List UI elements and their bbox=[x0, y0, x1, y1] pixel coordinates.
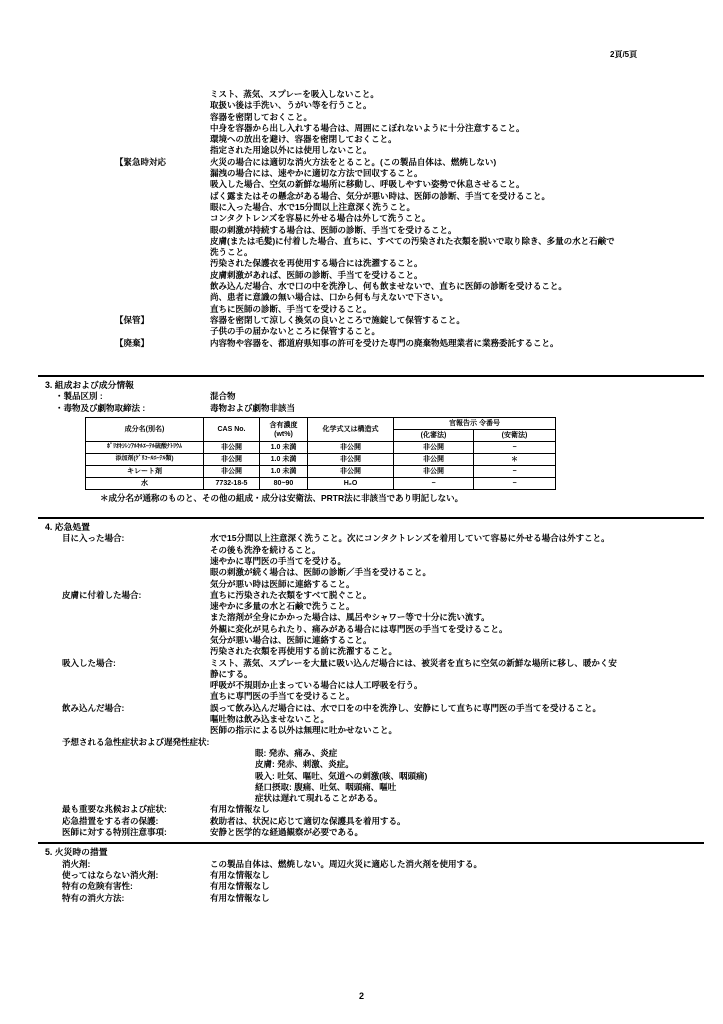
emergency-line: 洗うこと。 bbox=[210, 247, 615, 258]
storage-block: 【保管】 容器を密閉して涼しく換気の良いところで施錠して保管すること。子供の手の… bbox=[0, 315, 723, 338]
symptom-line: 吸入: 吐気、嘔吐、気道への刺激(咳、咽頭痛) bbox=[255, 771, 723, 782]
first-aid-line: 速やかに多量の水と石鹸で洗うこと。 bbox=[210, 601, 508, 612]
table-row: 添加剤(ｸﾞﾘｺｰﾙｴｰﾃﾙ類) 非公開 1.0 未満 非公開 非公開 ＊ bbox=[86, 454, 556, 466]
composition-heading: 3. 組成および成分情報 bbox=[45, 379, 723, 392]
first-aid-skin-lines: 直ちに汚染された衣類をすべて脱ぐこと。速やかに多量の水と石鹸で洗うこと。また溶剤… bbox=[210, 590, 508, 658]
cell-concentration: 1.0 未満 bbox=[260, 454, 308, 466]
disposal-line: 内容物や容器を、都道府県知事の許可を受けた専門の廃棄物処理業者に業務委託すること… bbox=[210, 338, 559, 349]
cell-formula: 非公開 bbox=[308, 442, 394, 454]
first-aid-line: 直ちに汚染された衣類をすべて脱ぐこと。 bbox=[210, 590, 508, 601]
first-aid-line: ミスト、蒸気、スプレーを大量に吸い込んだ場合には、被災者を直ちに空気の新鮮な場所… bbox=[210, 658, 617, 669]
unsuitable-media-row: 使ってはならない消火剤: 有用な情報なし bbox=[0, 870, 723, 881]
first-aid-line: 医師の指示による以外は無理に吐かせないこと。 bbox=[210, 725, 601, 736]
important-symptoms-value: 有用な情報なし bbox=[210, 804, 270, 815]
cell-aneihou: − bbox=[474, 466, 556, 478]
cell-concentration: 80~90 bbox=[260, 478, 308, 490]
col-header-gazette: 官報告示 令番号 bbox=[394, 418, 556, 430]
col-header-cas: CAS No. bbox=[204, 418, 260, 442]
page-number-footer: 2 bbox=[0, 991, 723, 1001]
symptom-line: 経口摂取: 腹痛、吐気、咽頭痛、嘔吐 bbox=[255, 782, 723, 793]
section-divider bbox=[38, 375, 704, 377]
cell-formula: H₂O bbox=[308, 478, 394, 490]
emergency-line: ばく露またはその懸念がある場合、気分が悪い時は、医師の診断、手当てを受けること。 bbox=[210, 191, 615, 202]
page-content: ミスト、蒸気、スプレーを吸入しないこと。取扱い後は手洗い、うがい等を行うこと。容… bbox=[0, 89, 723, 904]
product-class-row: ・製品区別 : 混合物 bbox=[0, 391, 723, 403]
cell-kashinhou: − bbox=[394, 478, 474, 490]
section-divider bbox=[38, 842, 704, 844]
page-indicator: 2頁/5頁 bbox=[610, 50, 637, 60]
first-aid-line: 速やかに専門医の手当てを受ける。 bbox=[210, 556, 610, 567]
cell-formula: 非公開 bbox=[308, 454, 394, 466]
first-aid-ingestion-block: 飲み込んだ場合: 誤って飲み込んだ場合には、水で口をの中を洗浄し、安静にして直ち… bbox=[0, 703, 723, 737]
cell-kashinhou: 非公開 bbox=[394, 442, 474, 454]
physician-note-row: 医師に対する特別注意事項: 安静と医学的な経過観察が必要である。 bbox=[0, 827, 723, 838]
emergency-line: 漏洩の場合には、速やかに適切な方法で回収すること。 bbox=[210, 168, 615, 179]
poison-law-value: 毒物および劇物非該当 bbox=[210, 403, 295, 415]
col-header-aneihou: (安衛法) bbox=[474, 430, 556, 442]
symptom-line: 症状は遅れて現れることがある。 bbox=[255, 793, 723, 804]
important-symptoms-row: 最も重要な兆候および症状: 有用な情報なし bbox=[0, 804, 723, 815]
first-aid-skin-block: 皮膚に付着した場合: 直ちに汚染された衣類をすべて脱ぐこと。速やかに多量の水と石… bbox=[0, 590, 723, 658]
cell-aneihou: − bbox=[474, 478, 556, 490]
cell-component: ﾎﾟﾘｵｷｼﾚﾝｱﾙｷﾙｴｰﾃﾙ硫酸ﾅﾄﾘｳﾑ bbox=[86, 442, 204, 454]
first-aid-inhalation-label: 吸入した場合: bbox=[62, 658, 210, 669]
emergency-response-lines: 火災の場合には適切な消火方法をとること。(この製品自体は、燃焼しない)漏洩の場合… bbox=[210, 157, 615, 315]
specific-methods-row: 特有の消火方法: 有用な情報なし bbox=[0, 893, 723, 904]
first-aid-line: 静にする。 bbox=[210, 669, 617, 680]
first-aid-eye-lines: 水で15分間以上注意深く洗うこと。次にコンタクトレンズを着用していて容易に外せる… bbox=[210, 533, 610, 589]
fire-heading: 5. 火災時の措置 bbox=[45, 846, 723, 859]
sds-document-page: 2頁/5頁 ミスト、蒸気、スプレーを吸入しないこと。取扱い後は手洗い、うがい等を… bbox=[0, 0, 723, 1024]
product-class-label: ・製品区別 : bbox=[55, 391, 210, 403]
first-aid-line: 気分が悪い時は医師に連絡すること。 bbox=[210, 579, 610, 590]
emergency-response-block: 【緊急時対応 火災の場合には適切な消火方法をとること。(この製品自体は、燃焼しな… bbox=[0, 157, 723, 315]
emergency-line: 吸入した場合、空気の新鮮な場所に移動し、呼吸しやすい姿勢で休息させること。 bbox=[210, 179, 615, 190]
table-row: 水 7732-18-5 80~90 H₂O − − bbox=[86, 478, 556, 490]
specific-methods-label: 特有の消火方法: bbox=[62, 893, 210, 904]
specific-hazards-label: 特有の危険有害性: bbox=[62, 881, 210, 892]
physician-note-value: 安静と医学的な経過観察が必要である。 bbox=[210, 827, 363, 838]
first-aid-line: 汚染された衣類を再使用する前に洗濯すること。 bbox=[210, 646, 508, 657]
table-row: キレート剤 非公開 1.0 未満 非公開 非公開 − bbox=[86, 466, 556, 478]
emergency-line: 眼に入った場合、水で15分間以上注意深く洗うこと。 bbox=[210, 202, 615, 213]
first-aid-ingestion-lines: 誤って飲み込んだ場合には、水で口をの中を洗浄し、安静にして直ちに専門医の手当てを… bbox=[210, 703, 601, 737]
emergency-line: 尚、患者に意識の無い場合は、口から何も与えないで下さい。 bbox=[210, 292, 615, 303]
specific-hazards-value: 有用な情報なし bbox=[210, 881, 270, 892]
emergency-response-label: 【緊急時対応 bbox=[115, 157, 210, 168]
first-aid-eye-block: 目に入った場合: 水で15分間以上注意深く洗うこと。次にコンタクトレンズを着用し… bbox=[0, 533, 723, 589]
precaution-line: 環境への放出を避け、容器を密閉しておくこと。 bbox=[210, 134, 723, 145]
specific-methods-value: 有用な情報なし bbox=[210, 893, 270, 904]
specific-hazards-row: 特有の危険有害性: 有用な情報なし bbox=[0, 881, 723, 892]
storage-line: 容器を密閉して涼しく換気の良いところで施錠して保管すること。 bbox=[210, 315, 465, 326]
cell-component: 水 bbox=[86, 478, 204, 490]
product-class-value: 混合物 bbox=[210, 391, 236, 403]
first-aid-eye-label: 目に入った場合: bbox=[62, 533, 210, 544]
extinguishing-media-value: この製品自体は、燃焼しない。周辺火災に適応した消火剤を使用する。 bbox=[210, 859, 482, 870]
cell-cas: 非公開 bbox=[204, 454, 260, 466]
storage-lines: 容器を密閉して涼しく換気の良いところで施錠して保管すること。子供の手の届かないと… bbox=[210, 315, 465, 338]
extinguishing-media-label: 消火剤: bbox=[62, 859, 210, 870]
cell-aneihou: − bbox=[474, 442, 556, 454]
physician-note-label: 医師に対する特別注意事項: bbox=[62, 827, 210, 838]
section-divider bbox=[38, 517, 704, 519]
cell-cas: 7732-18-5 bbox=[204, 478, 260, 490]
emergency-line: 直ちに医師の診断、手当てを受けること。 bbox=[210, 304, 615, 315]
first-aid-line: 眼の刺激が続く場合は、医師の診断／手当を受けること。 bbox=[210, 567, 610, 578]
symptom-line: 眼: 発赤、痛み、炎症 bbox=[255, 748, 723, 759]
first-aid-line: 誤って飲み込んだ場合には、水で口をの中を洗浄し、安静にして直ちに専門医の手当てを… bbox=[210, 703, 601, 714]
precaution-line: 指定された用途以外には使用しないこと。 bbox=[210, 145, 723, 156]
cell-component: キレート剤 bbox=[86, 466, 204, 478]
cell-concentration: 1.0 未満 bbox=[260, 466, 308, 478]
first-aid-line: 嘔吐物は飲み込ませないこと。 bbox=[210, 714, 601, 725]
emergency-line: 火災の場合には適切な消火方法をとること。(この製品自体は、燃焼しない) bbox=[210, 157, 615, 168]
precaution-line: 取扱い後は手洗い、うがい等を行うこと。 bbox=[210, 100, 723, 111]
precaution-line: ミスト、蒸気、スプレーを吸入しないこと。 bbox=[210, 89, 723, 100]
first-aid-line: 呼吸が不規則か止まっている場合には人工呼吸を行う。 bbox=[210, 680, 617, 691]
cell-formula: 非公開 bbox=[308, 466, 394, 478]
col-header-concentration: 含有濃度 (wt%) bbox=[260, 418, 308, 442]
important-symptoms-label: 最も重要な兆候および症状: bbox=[62, 804, 210, 815]
storage-line: 子供の手の届かないところに保管すること。 bbox=[210, 326, 465, 337]
table-row: ﾎﾟﾘｵｷｼﾚﾝｱﾙｷﾙｴｰﾃﾙ硫酸ﾅﾄﾘｳﾑ 非公開 1.0 未満 非公開 非… bbox=[86, 442, 556, 454]
first-aid-inhalation-block: 吸入した場合: ミスト、蒸気、スプレーを大量に吸い込んだ場合には、被災者を直ちに… bbox=[0, 658, 723, 703]
emergency-line: 皮膚刺激があれば、医師の診断、手当てを受けること。 bbox=[210, 270, 615, 281]
poison-law-row: ・毒物及び劇物取締法 : 毒物および劇物非該当 bbox=[0, 403, 723, 415]
symptoms-lines: 眼: 発赤、痛み、炎症皮膚: 発赤、刺激、炎症。吸入: 吐気、嘔吐、気道への刺激… bbox=[255, 748, 723, 804]
rescuer-protection-value: 救助者は、状況に応じて適切な保護具を着用する。 bbox=[210, 816, 406, 827]
col-header-concentration-line1: 含有濃度 bbox=[261, 421, 306, 430]
cell-component: 添加剤(ｸﾞﾘｺｰﾙｴｰﾃﾙ類) bbox=[86, 454, 204, 466]
col-header-formula: 化学式又は構造式 bbox=[308, 418, 394, 442]
col-header-kashinhou: (化審法) bbox=[394, 430, 474, 442]
poison-law-label: ・毒物及び劇物取締法 : bbox=[55, 403, 210, 415]
first-aid-line: 気分が悪い場合は、医師に連絡すること。 bbox=[210, 635, 508, 646]
col-header-component: 成分名(別名) bbox=[86, 418, 204, 442]
first-aid-inhalation-lines: ミスト、蒸気、スプレーを大量に吸い込んだ場合には、被災者を直ちに空気の新鮮な場所… bbox=[210, 658, 617, 703]
emergency-line: 汚染された保護衣を再使用する場合には洗濯すること。 bbox=[210, 258, 615, 269]
rescuer-protection-label: 応急措置をする者の保護: bbox=[62, 816, 210, 827]
cell-cas: 非公開 bbox=[204, 466, 260, 478]
symptom-line: 皮膚: 発赤、刺激、炎症。 bbox=[255, 759, 723, 770]
composition-table: 成分名(別名) CAS No. 含有濃度 (wt%) 化学式又は構造式 官報告示… bbox=[85, 417, 556, 490]
first-aid-line: 水で15分間以上注意深く洗うこと。次にコンタクトレンズを着用していて容易に外せる… bbox=[210, 533, 610, 544]
cell-kashinhou: 非公開 bbox=[394, 454, 474, 466]
col-header-concentration-line2: (wt%) bbox=[261, 430, 306, 439]
disposal-block: 【廃棄】 内容物や容器を、都道府県知事の許可を受けた専門の廃棄物処理業者に業務委… bbox=[0, 338, 723, 349]
cell-concentration: 1.0 未満 bbox=[260, 442, 308, 454]
storage-label: 【保管】 bbox=[115, 315, 210, 326]
first-aid-line: また溶剤が全身にかかった場合は、風呂やシャワー等で十分に洗い流す。 bbox=[210, 612, 508, 623]
first-aid-skin-label: 皮膚に付着した場合: bbox=[62, 590, 210, 601]
unsuitable-media-value: 有用な情報なし bbox=[210, 870, 270, 881]
composition-footnote: ＊成分名が通称のものと、その他の組成・成分は安衛法、PRTR法に非該当であり明記… bbox=[100, 493, 723, 505]
rescuer-protection-row: 応急措置をする者の保護: 救助者は、状況に応じて適切な保護具を着用する。 bbox=[0, 816, 723, 827]
precaution-line: 中身を容器から出し入れする場合は、周囲にこぼれないように十分注意すること。 bbox=[210, 123, 723, 134]
cell-cas: 非公開 bbox=[204, 442, 260, 454]
emergency-line: コンタクトレンズを容易に外せる場合は外して洗うこと。 bbox=[210, 213, 615, 224]
extinguishing-media-row: 消火剤: この製品自体は、燃焼しない。周辺火災に適応した消火剤を使用する。 bbox=[0, 859, 723, 870]
disposal-label: 【廃棄】 bbox=[115, 338, 210, 349]
unsuitable-media-label: 使ってはならない消火剤: bbox=[62, 870, 210, 881]
cell-aneihou: ＊ bbox=[474, 454, 556, 466]
precaution-lines: ミスト、蒸気、スプレーを吸入しないこと。取扱い後は手洗い、うがい等を行うこと。容… bbox=[210, 89, 723, 157]
first-aid-line: 直ちに専門医の手当てを受けること。 bbox=[210, 691, 617, 702]
cell-kashinhou: 非公開 bbox=[394, 466, 474, 478]
precaution-line: 容器を密閉しておくこと。 bbox=[210, 112, 723, 123]
first-aid-ingestion-label: 飲み込んだ場合: bbox=[62, 703, 210, 714]
disposal-lines: 内容物や容器を、都道府県知事の許可を受けた専門の廃棄物処理業者に業務委託すること… bbox=[210, 338, 559, 349]
emergency-line: 眼の刺激が持続する場合は、医師の診断、手当てを受けること。 bbox=[210, 225, 615, 236]
first-aid-line: 外観に変化が見られたり、痛みがある場合には専門医の手当てを受けること。 bbox=[210, 624, 508, 635]
first-aid-line: その後も洗浄を続けること。 bbox=[210, 545, 610, 556]
emergency-line: 皮膚(または毛髪)に付着した場合、直ちに、すべての汚染された衣類を脱いで取り除き… bbox=[210, 236, 615, 247]
first-aid-heading: 4. 応急処置 bbox=[45, 521, 723, 534]
emergency-line: 飲み込んだ場合、水で口の中を洗浄し、何も飲ませないで、直ちに医師の診断を受けるこ… bbox=[210, 281, 615, 292]
symptoms-heading: 予想される急性症状および遅発性症状: bbox=[62, 737, 723, 748]
